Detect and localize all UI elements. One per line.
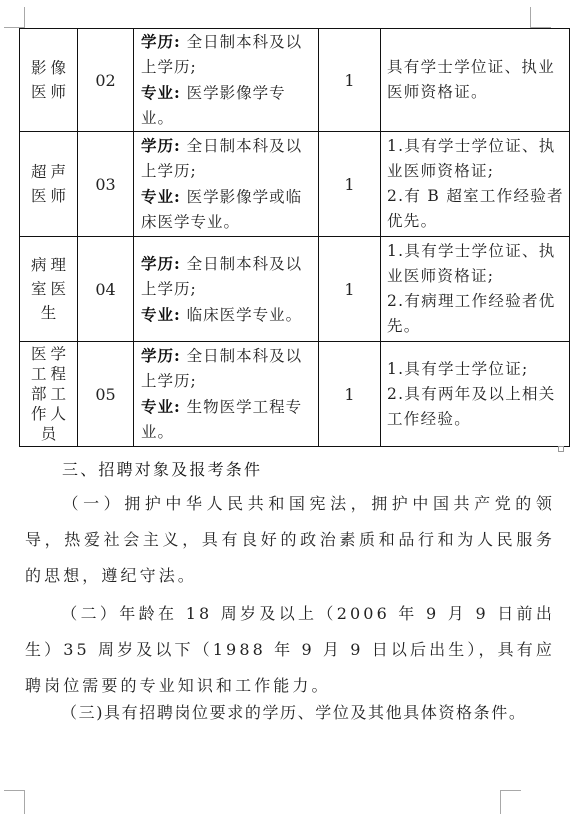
headcount: 1: [319, 237, 381, 342]
conditions-cell: 1.具有学士学位证; 2.具有两年及以上相关工作经验。: [381, 342, 570, 447]
condition-item: 2.有 B 超室工作经验者优先。: [387, 184, 567, 234]
headcount: 1: [319, 342, 381, 447]
requirements-cell: 学历: 全日制本科及以上学历; 专业: 医学影像学专业。: [134, 29, 319, 132]
table-row: 超声医师 03 学历: 全日制本科及以上学历; 专业: 医学影像学或临床医学专业…: [20, 132, 570, 237]
condition-item: 1.具有学士学位证、执业医师资格证;: [387, 239, 567, 289]
section-heading: 三、招聘对象及报考条件: [62, 457, 262, 480]
position-name: 医学工程部工作人员: [20, 342, 78, 447]
table-row: 医学工程部工作人员 05 学历: 全日制本科及以上学历; 专业: 生物医学工程专…: [20, 342, 570, 447]
major-label: 专业:: [141, 397, 181, 416]
position-name: 影像医师: [20, 29, 78, 132]
conditions-cell: 1.具有学士学位证、执业医师资格证; 2.有病理工作经验者优先。: [381, 237, 570, 342]
position-code: 05: [78, 342, 134, 447]
headcount: 1: [319, 132, 381, 237]
requirements-cell: 学历: 全日制本科及以上学历; 专业: 生物医学工程专业。: [134, 342, 319, 447]
condition-item: 1.具有学士学位证;: [387, 357, 567, 382]
condition-item: 2.有病理工作经验者优先。: [387, 289, 567, 339]
paragraph-text: （二）年龄在 18 周岁及以上（2006 年 9 月 9 日前出生）35 周岁及…: [25, 604, 555, 695]
paragraph-text: （三)具有招聘岗位要求的学历、学位及其他具体资格条件。: [61, 703, 526, 722]
requirements-cell: 学历: 全日制本科及以上学历; 专业: 医学影像学或临床医学专业。: [134, 132, 319, 237]
education-label: 学历:: [141, 254, 181, 273]
table-row: 影像医师 02 学历: 全日制本科及以上学历; 专业: 医学影像学专业。 1 具…: [20, 29, 570, 132]
position-name: 病理室医生: [20, 237, 78, 342]
page-corner-mark-bottom-left: [4, 790, 25, 814]
condition-item: 1.具有学士学位证、执业医师资格证;: [387, 134, 567, 184]
table-resize-handle[interactable]: [558, 446, 564, 452]
education-label: 学历:: [141, 346, 181, 365]
paragraph-1: （一）拥护中华人民共和国宪法，拥护中国共产党的领导，热爱社会主义，具有良好的政治…: [25, 486, 555, 594]
position-name: 超声医师: [20, 132, 78, 237]
paragraph-text: （一）拥护中华人民共和国宪法，拥护中国共产党的领导，热爱社会主义，具有良好的政治…: [25, 494, 555, 585]
table-row: 病理室医生 04 学历: 全日制本科及以上学历; 专业: 临床医学专业。 1 1…: [20, 237, 570, 342]
education-label: 学历:: [141, 136, 181, 155]
paragraph-2: （二）年龄在 18 周岁及以上（2006 年 9 月 9 日前出生）35 周岁及…: [25, 596, 555, 704]
positions-table: 影像医师 02 学历: 全日制本科及以上学历; 专业: 医学影像学专业。 1 具…: [19, 28, 570, 447]
conditions-cell: 1.具有学士学位证、执业医师资格证; 2.有 B 超室工作经验者优先。: [381, 132, 570, 237]
major-label: 专业:: [141, 305, 181, 324]
position-code: 04: [78, 237, 134, 342]
major-value: 临床医学专业。: [187, 306, 303, 324]
headcount: 1: [319, 29, 381, 132]
condition-item: 具有学士学位证、执业医师资格证。: [387, 55, 567, 105]
position-code: 03: [78, 132, 134, 237]
major-label: 专业:: [141, 83, 181, 102]
education-label: 学历:: [141, 32, 181, 51]
page-corner-mark-top-right: [530, 7, 551, 28]
condition-item: 2.具有两年及以上相关工作经验。: [387, 382, 567, 432]
position-code: 02: [78, 29, 134, 132]
conditions-cell: 具有学士学位证、执业医师资格证。: [381, 29, 570, 132]
requirements-cell: 学历: 全日制本科及以上学历; 专业: 临床医学专业。: [134, 237, 319, 342]
page-corner-mark-bottom-right: [500, 790, 521, 814]
paragraph-3: （三)具有招聘岗位要求的学历、学位及其他具体资格条件。: [25, 695, 555, 731]
major-label: 专业:: [141, 187, 181, 206]
page-corner-mark-top-left: [4, 7, 25, 28]
